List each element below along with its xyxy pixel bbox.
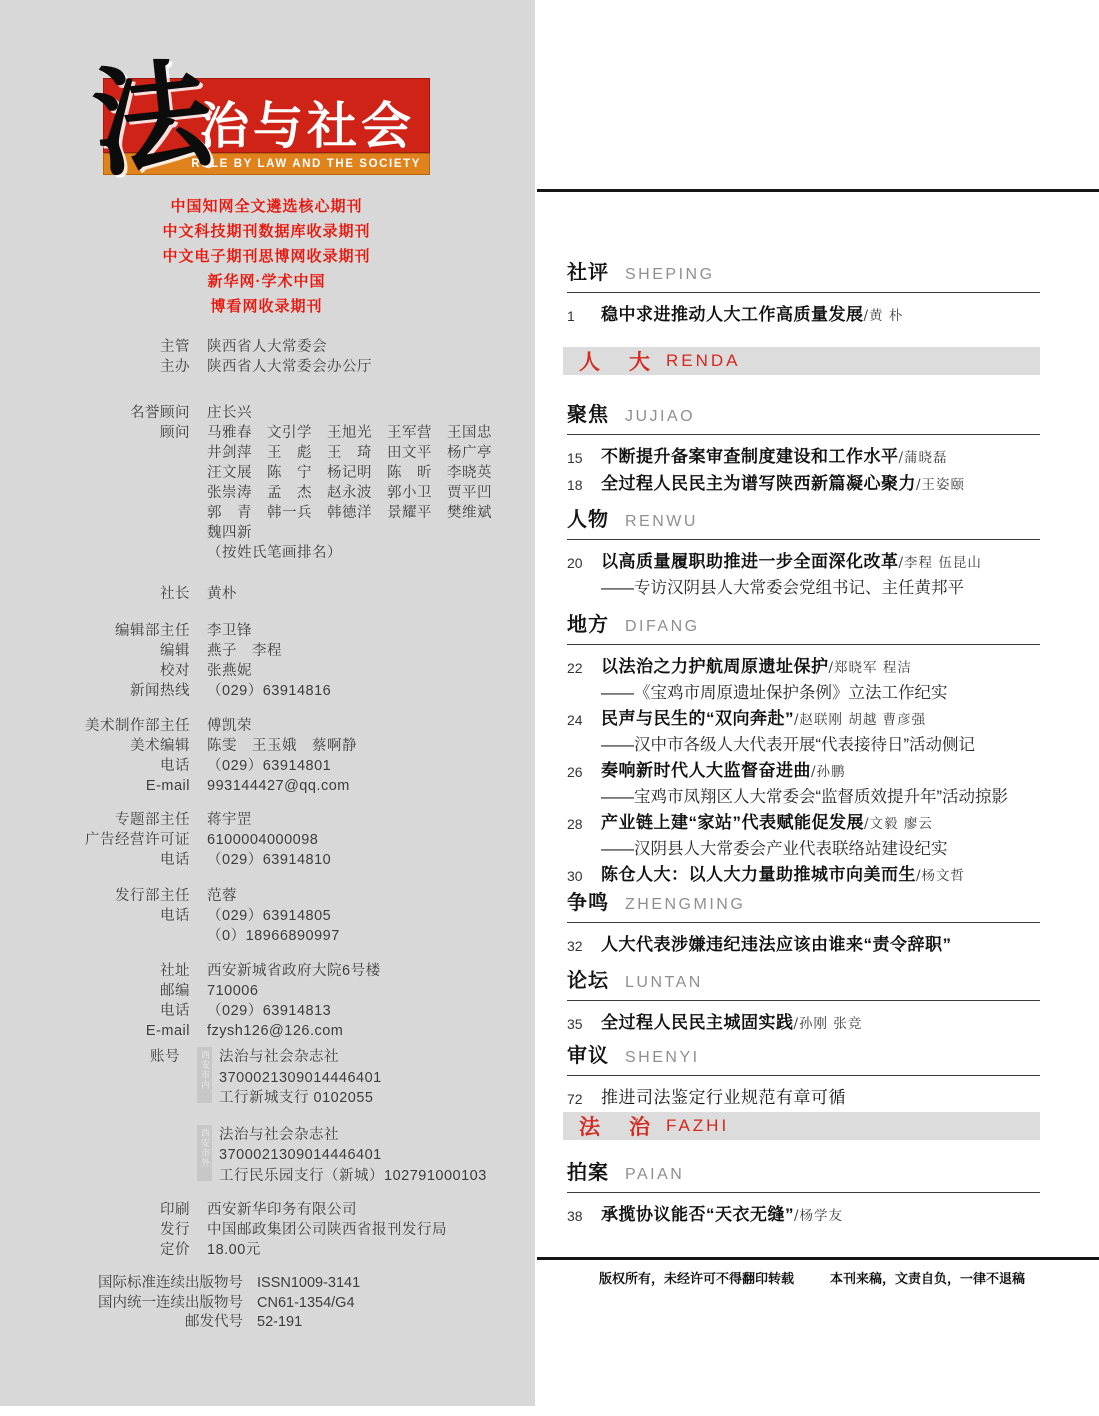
account-lines: 法治与社会杂志社 3700021309014446401 工行新城支行 0102… bbox=[219, 1047, 382, 1109]
section-heading: 人物 RENWU bbox=[567, 503, 1040, 540]
advisor-name: 韩德洋 bbox=[327, 503, 387, 523]
advisor-name: 魏四新 bbox=[207, 523, 267, 543]
accounts-block: 账号 西安市内 法治与社会杂志社 3700021309014446401 工行新… bbox=[85, 1047, 530, 1186]
page-number: 22 bbox=[567, 654, 601, 681]
row-value: 993144427@qq.com bbox=[207, 776, 350, 796]
advisor-row: 井剑萍 王 彪 王 琦 田文平 杨广亭 bbox=[207, 443, 507, 463]
masthead-row: 名誉顾问 庄长兴 bbox=[85, 403, 530, 423]
advisor-name: 陈 昕 bbox=[387, 463, 447, 483]
advisor-name: 李晓英 bbox=[447, 463, 507, 483]
account-lines: 法治与社会杂志社 3700021309014446401 工行民乐园支行（新城）… bbox=[219, 1125, 487, 1187]
row-label: 定价 bbox=[85, 1240, 190, 1260]
row-value: 中国邮政集团公司陕西省报刊发行局 bbox=[207, 1220, 447, 1240]
article-author: /杨学友 bbox=[794, 1208, 843, 1224]
row-value: （029）63914813 bbox=[207, 1001, 331, 1021]
section-renwu: 人物 RENWU 20 以高质量履职助推进一步全面深化改革/李程 伍昆山 ——专… bbox=[567, 503, 1040, 601]
row-value: 710006 bbox=[207, 981, 258, 1001]
row-label bbox=[85, 926, 190, 946]
section-title-cn: 人物 bbox=[567, 503, 609, 532]
page-number: 1 bbox=[567, 302, 601, 329]
accolade-line: 博看网收录期刊 bbox=[103, 294, 430, 319]
row-label: 名誉顾问 bbox=[85, 403, 190, 423]
advisor-name: 杨记明 bbox=[327, 463, 387, 483]
row-label: 新闻热线 bbox=[85, 681, 190, 701]
page-number: 26 bbox=[567, 758, 601, 785]
article-author: /王姿颐 bbox=[916, 477, 965, 493]
row-value: 范蓉 bbox=[207, 886, 237, 906]
advisor-name: 马雅春 bbox=[207, 423, 267, 443]
section-title-en: DIFANG bbox=[625, 618, 700, 636]
account-region-tag: 西安市外 bbox=[197, 1125, 212, 1181]
row-label: 邮编 bbox=[85, 981, 190, 1001]
article-subtitle: ——汉中市各级人大代表开展“代表接待日”活动侧记 bbox=[567, 733, 1040, 758]
article-subtitle: ——宝鸡市凤翔区人大常委会“监督质效提升年”活动掠影 bbox=[567, 785, 1040, 810]
row-label: 电话 bbox=[85, 1001, 190, 1021]
band-title-en: RENDA bbox=[666, 351, 741, 371]
toc-item: 15 不断提升备案审查制度建设和工作水平/蒲晓磊 bbox=[567, 444, 1040, 471]
advisor-name: 王国忠 bbox=[447, 423, 507, 443]
row-label: 发行 bbox=[85, 1220, 190, 1240]
section-heading: 地方 DIFANG bbox=[567, 608, 1040, 645]
row-label: 社址 bbox=[85, 961, 190, 981]
section-jujiao: 聚焦 JUJIAO 15 不断提升备案审查制度建设和工作水平/蒲晓磊 18 全过… bbox=[567, 398, 1040, 498]
row-value: （0）18966890997 bbox=[207, 926, 340, 946]
article-author: /孙刚 张竞 bbox=[794, 1016, 863, 1032]
page-number: 35 bbox=[567, 1010, 601, 1037]
row-value: 庄长兴 bbox=[207, 403, 252, 423]
advisor-name: 王旭光 bbox=[327, 423, 387, 443]
band-title-cn: 法 治 bbox=[579, 1111, 654, 1141]
masthead-row: 主办 陕西省人大常委会办公厅 bbox=[85, 357, 530, 377]
account-line: 法治与社会杂志社 bbox=[219, 1125, 487, 1146]
advisor-name: 赵永波 bbox=[327, 483, 387, 503]
page-number: 20 bbox=[567, 549, 601, 576]
advisor-row: 汪文展 陈 宁 杨记明 陈 昕 李晓英 bbox=[207, 463, 507, 483]
row-label: 发行部主任 bbox=[85, 886, 190, 906]
article-author: /郑晓军 程洁 bbox=[829, 660, 912, 676]
section-heading: 审议 SHENYI bbox=[567, 1039, 1040, 1076]
row-label: 校对 bbox=[85, 661, 190, 681]
account-group: 西安市内 法治与社会杂志社 3700021309014446401 工行新城支行… bbox=[197, 1047, 487, 1109]
section-title-cn: 社评 bbox=[567, 256, 609, 285]
section-title-cn: 拍案 bbox=[567, 1156, 609, 1185]
row-label: 电话 bbox=[85, 906, 190, 926]
advisor-name: 贾平凹 bbox=[447, 483, 507, 503]
article-author: /文毅 廖云 bbox=[864, 816, 933, 832]
band-title-en: FAZHI bbox=[666, 1116, 729, 1136]
advisor-name: 韩一兵 bbox=[267, 503, 327, 523]
advisor-note: （按姓氏笔画排名） bbox=[207, 543, 507, 563]
row-value: 黄朴 bbox=[207, 584, 237, 604]
advisor-name: 陈 宁 bbox=[267, 463, 327, 483]
page-number: 28 bbox=[567, 810, 601, 837]
advisor-name: 汪文展 bbox=[207, 463, 267, 483]
row-label: 顾问 bbox=[85, 423, 190, 563]
advisor-name: 王 彪 bbox=[267, 443, 327, 463]
account-region-tag: 西安市内 bbox=[197, 1047, 212, 1103]
toc-item: 28 产业链上建“家站”代表赋能促发展/文毅 廖云 bbox=[567, 810, 1040, 837]
section-title-cn: 聚焦 bbox=[567, 398, 609, 427]
article-title: 人大代表涉嫌违纪违法应该由谁来“责令辞职” bbox=[601, 932, 952, 959]
article-title: 推进司法鉴定行业规范有章可循 bbox=[601, 1085, 846, 1112]
page-number: 15 bbox=[567, 444, 601, 471]
row-label: E-mail bbox=[85, 1021, 190, 1041]
section-zhengming: 争鸣 ZHENGMING 32 人大代表涉嫌违纪违法应该由谁来“责令辞职” bbox=[567, 886, 1040, 959]
toc-item: 26 奏响新时代人大监督奋进曲/孙鹏 bbox=[567, 758, 1040, 785]
row-label: 主办 bbox=[85, 357, 190, 377]
account-group: 西安市外 法治与社会杂志社 3700021309014446401 工行民乐园支… bbox=[197, 1125, 487, 1187]
row-label: 国内统一连续出版物号 bbox=[85, 1294, 243, 1314]
band-renda: 人 大 RENDA bbox=[563, 347, 1040, 375]
section-difang: 地方 DIFANG 22 以法治之力护航周原遗址保护/郑晓军 程洁 ——《宝鸡市… bbox=[567, 608, 1040, 889]
article-subtitle: ——汉阴县人大常委会产业代表联络站建设纪实 bbox=[567, 837, 1040, 862]
accolade-line: 中国知网全文遴选核心期刊 bbox=[103, 194, 430, 219]
account-line: 工行新城支行 0102055 bbox=[219, 1088, 382, 1109]
section-title-en: PAIAN bbox=[625, 1166, 684, 1184]
row-value: 蒋宇罡 bbox=[207, 810, 252, 830]
row-value: 李卫锋 bbox=[207, 621, 252, 641]
advisor-row: 魏四新 bbox=[207, 523, 507, 543]
toc-item: 32 人大代表涉嫌违纪违法应该由谁来“责令辞职” bbox=[567, 932, 1040, 959]
account-line: 法治与社会杂志社 bbox=[219, 1047, 382, 1068]
page-number: 18 bbox=[567, 471, 601, 498]
article-title: 稳中求进推动人大工作高质量发展/黄 朴 bbox=[601, 302, 903, 329]
magazine-logo: RULE BY LAW AND THE SOCIETY 治与社会 法 bbox=[103, 78, 430, 175]
toc-item: 30 陈仓人大：以人大力量助推城市向美而生/杨文哲 bbox=[567, 862, 1040, 889]
advisor-name: 杨广亭 bbox=[447, 443, 507, 463]
advisor-name: 樊维斌 bbox=[447, 503, 507, 523]
article-author: /孙鹏 bbox=[811, 764, 846, 780]
toc-column: 社评 SHEPING 1 稳中求进推动人大工作高质量发展/黄 朴 人 大 REN… bbox=[535, 0, 1099, 1416]
row-label: 电话 bbox=[85, 756, 190, 776]
article-author: /赵联刚 胡越 曹彦强 bbox=[794, 712, 926, 728]
advisor-row: 张崇涛 孟 杰 赵永波 郭小卫 贾平凹 bbox=[207, 483, 507, 503]
section-title-cn: 争鸣 bbox=[567, 886, 609, 915]
article-author: /杨文哲 bbox=[916, 868, 965, 884]
section-heading: 社评 SHEPING bbox=[567, 256, 1040, 293]
row-label: 专题部主任 bbox=[85, 810, 190, 830]
section-title-en: JUJIAO bbox=[625, 408, 695, 426]
footer-notices: 版权所有，未经许可不得翻印转载 本刊来稿，文责自负，一律不退稿 bbox=[535, 1268, 1099, 1287]
account-line: 工行民乐园支行（新城）102791000103 bbox=[219, 1166, 487, 1187]
row-label: 账号 bbox=[85, 1047, 180, 1186]
bottom-rule bbox=[537, 1257, 1099, 1260]
section-heading: 聚焦 JUJIAO bbox=[567, 398, 1040, 435]
article-author: /李程 伍昆山 bbox=[899, 555, 982, 571]
row-label: 编辑 bbox=[85, 641, 190, 661]
row-value: （029）63914805 bbox=[207, 906, 331, 926]
advisors-block: 名誉顾问 庄长兴 顾问 马雅春 文引学 王旭光 王军营 王国忠 井剑萍 王 彪 bbox=[85, 403, 530, 563]
section-title-cn: 论坛 bbox=[567, 964, 609, 993]
page-number: 24 bbox=[567, 706, 601, 733]
section-title-cn: 地方 bbox=[567, 608, 609, 637]
row-value: （029）63914810 bbox=[207, 850, 331, 870]
row-value: 陕西省人大常委会 bbox=[207, 337, 327, 357]
advisor-name: 张崇涛 bbox=[207, 483, 267, 503]
toc-item: 1 稳中求进推动人大工作高质量发展/黄 朴 bbox=[567, 302, 1040, 329]
left-masthead-panel: RULE BY LAW AND THE SOCIETY 治与社会 法 中国知网全… bbox=[0, 0, 535, 1406]
advisor-name: 景耀平 bbox=[387, 503, 447, 523]
row-label: 邮发代号 bbox=[85, 1313, 243, 1333]
section-title-en: LUNTAN bbox=[625, 974, 703, 992]
advisor-row: 郭 青 韩一兵 韩德洋 景耀平 樊维斌 bbox=[207, 503, 507, 523]
accolade-line: 中文科技期刊数据库收录期刊 bbox=[103, 219, 430, 244]
row-label: 社长 bbox=[85, 584, 190, 604]
circulation-block: 发行部主任范蓉 电话（029）63914805 （0）18966890997 bbox=[85, 886, 530, 946]
masthead-row: 社长 黄朴 bbox=[85, 584, 530, 604]
masthead-row: 顾问 马雅春 文引学 王旭光 王军营 王国忠 井剑萍 王 彪 王 琦 田文平 bbox=[85, 423, 530, 563]
page-number: 72 bbox=[567, 1085, 601, 1112]
address-block: 社址西安新城省政府大院6号楼 邮编710006 电话（029）63914813 … bbox=[85, 961, 530, 1041]
toc-item: 22 以法治之力护航周原遗址保护/郑晓军 程洁 bbox=[567, 654, 1040, 681]
account-line: 3700021309014446401 bbox=[219, 1068, 382, 1089]
toc-item: 18 全过程人民民主为谱写陕西新篇凝心聚力/王姿颐 bbox=[567, 471, 1040, 498]
row-value: 西安新华印务有限公司 bbox=[207, 1200, 357, 1220]
section-title-cn: 审议 bbox=[567, 1039, 609, 1068]
row-value: 52-191 bbox=[257, 1313, 302, 1333]
section-sheping: 社评 SHEPING 1 稳中求进推动人大工作高质量发展/黄 朴 bbox=[567, 256, 1040, 329]
row-value: 燕子 李程 bbox=[207, 641, 282, 661]
row-label: 美术编辑 bbox=[85, 736, 190, 756]
magazine-contents-page: RULE BY LAW AND THE SOCIETY 治与社会 法 中国知网全… bbox=[0, 0, 1099, 1416]
accolade-line: 新华网·学术中国 bbox=[103, 269, 430, 294]
page-number: 32 bbox=[567, 932, 601, 959]
page-number: 38 bbox=[567, 1202, 601, 1229]
toc-item: 38 承揽协议能否“天衣无缝”/杨学友 bbox=[567, 1202, 1040, 1229]
advisor-name: 王军营 bbox=[387, 423, 447, 443]
row-label: 美术制作部主任 bbox=[85, 716, 190, 736]
section-heading: 拍案 PAIAN bbox=[567, 1156, 1040, 1193]
article-author: /黄 朴 bbox=[864, 308, 904, 324]
advisor-name: 井剑萍 bbox=[207, 443, 267, 463]
section-shenyi: 审议 SHENYI 72 推进司法鉴定行业规范有章可循 bbox=[567, 1039, 1040, 1112]
accounts-value: 西安市内 法治与社会杂志社 3700021309014446401 工行新城支行… bbox=[197, 1047, 487, 1186]
advisor-name: 田文平 bbox=[387, 443, 447, 463]
section-heading: 争鸣 ZHENGMING bbox=[567, 886, 1040, 923]
row-label: 电话 bbox=[85, 850, 190, 870]
row-value: 6100004000098 bbox=[207, 830, 318, 850]
advisor-name: 王 琦 bbox=[327, 443, 387, 463]
row-label: 印刷 bbox=[85, 1200, 190, 1220]
section-title-en: RENWU bbox=[625, 513, 698, 531]
section-title-en: ZHENGMING bbox=[625, 896, 745, 914]
row-value: ISSN1009-3141 bbox=[257, 1274, 360, 1294]
president-block: 社长 黄朴 bbox=[85, 584, 530, 604]
toc-item: 24 民声与民生的“双向奔赴”/赵联刚 胡越 曹彦强 bbox=[567, 706, 1040, 733]
advisor-name: 孟 杰 bbox=[267, 483, 327, 503]
row-value: 张燕妮 bbox=[207, 661, 252, 681]
article-subtitle: ——专访汉阴县人大常委会党组书记、主任黄邦平 bbox=[567, 576, 1040, 601]
section-luntan: 论坛 LUNTAN 35 全过程人民民主城固实践/孙刚 张竞 bbox=[567, 964, 1040, 1037]
row-value: 陈雯 王玉娥 蔡啊静 bbox=[207, 736, 357, 756]
row-value: CN61-1354/G4 bbox=[257, 1294, 355, 1314]
accolade-list: 中国知网全文遴选核心期刊 中文科技期刊数据库收录期刊 中文电子期刊思博网收录期刊… bbox=[103, 194, 430, 319]
advisor-name: 郭小卫 bbox=[387, 483, 447, 503]
section-paian: 拍案 PAIAN 38 承揽协议能否“天衣无缝”/杨学友 bbox=[567, 1156, 1040, 1229]
page-number: 30 bbox=[567, 862, 601, 889]
toc-item: 20 以高质量履职助推进一步全面深化改革/李程 伍昆山 bbox=[567, 549, 1040, 576]
accolade-line: 中文电子期刊思博网收录期刊 bbox=[103, 244, 430, 269]
copyright-notice: 版权所有，未经许可不得翻印转载 bbox=[599, 1268, 794, 1287]
row-label: 广告经营许可证 bbox=[85, 830, 190, 850]
row-label: 编辑部主任 bbox=[85, 621, 190, 641]
row-value: （029）63914816 bbox=[207, 681, 331, 701]
article-subtitle: ——《宝鸡市周原遗址保护条例》立法工作纪实 bbox=[567, 681, 1040, 706]
band-title-cn: 人 大 bbox=[579, 346, 654, 376]
row-value: 陕西省人大常委会办公厅 bbox=[207, 357, 372, 377]
art-dept-block: 美术制作部主任傅凯荣 美术编辑陈雯 王玉娥 蔡啊静 电话（029）6391480… bbox=[85, 716, 530, 796]
advisor-row: 马雅春 文引学 王旭光 王军营 王国忠 bbox=[207, 423, 507, 443]
row-value: 西安新城省政府大院6号楼 bbox=[207, 961, 381, 981]
row-value: fzysh126@126.com bbox=[207, 1021, 343, 1041]
logo-fa-calligraphy: 法 bbox=[87, 54, 217, 184]
publication-ids-block: 国际标准连续出版物号ISSN1009-3141 国内统一连续出版物号CN61-1… bbox=[85, 1274, 530, 1333]
row-value: 傅凯荣 bbox=[207, 716, 252, 736]
section-title-en: SHENYI bbox=[625, 1049, 700, 1067]
top-rule bbox=[537, 189, 1099, 192]
feature-dept-block: 专题部主任蒋宇罡 广告经营许可证6100004000098 电话（029）639… bbox=[85, 810, 530, 870]
submission-notice: 本刊来稿，文责自负，一律不退稿 bbox=[830, 1268, 1025, 1287]
printing-block: 印刷西安新华印务有限公司 发行中国邮政集团公司陕西省报刊发行局 定价18.00元 bbox=[85, 1200, 530, 1260]
account-line: 3700021309014446401 bbox=[219, 1145, 487, 1166]
advisor-name: 文引学 bbox=[267, 423, 327, 443]
article-author: /蒲晓磊 bbox=[899, 450, 948, 466]
toc-item: 35 全过程人民民主城固实践/孙刚 张竞 bbox=[567, 1010, 1040, 1037]
row-value: （029）63914801 bbox=[207, 756, 331, 776]
toc-item: 72 推进司法鉴定行业规范有章可循 bbox=[567, 1085, 1040, 1112]
row-label: E-mail bbox=[85, 776, 190, 796]
section-title-en: SHEPING bbox=[625, 266, 715, 284]
advisor-name: 郭 青 bbox=[207, 503, 267, 523]
logo-title-text: 治与社会 bbox=[199, 86, 415, 158]
row-label: 国际标准连续出版物号 bbox=[85, 1274, 243, 1294]
advisor-grid: 马雅春 文引学 王旭光 王军营 王国忠 井剑萍 王 彪 王 琦 田文平 杨广亭 bbox=[207, 423, 507, 563]
row-value: 18.00元 bbox=[207, 1240, 261, 1260]
supervise-block: 主管 陕西省人大常委会 主办 陕西省人大常委会办公厅 bbox=[85, 337, 530, 377]
section-heading: 论坛 LUNTAN bbox=[567, 964, 1040, 1001]
row-label: 主管 bbox=[85, 337, 190, 357]
editorial-block: 编辑部主任李卫锋 编辑燕子 李程 校对张燕妮 新闻热线（029）63914816 bbox=[85, 621, 530, 701]
band-fazhi: 法 治 FAZHI bbox=[563, 1112, 1040, 1140]
masthead-row: 主管 陕西省人大常委会 bbox=[85, 337, 530, 357]
